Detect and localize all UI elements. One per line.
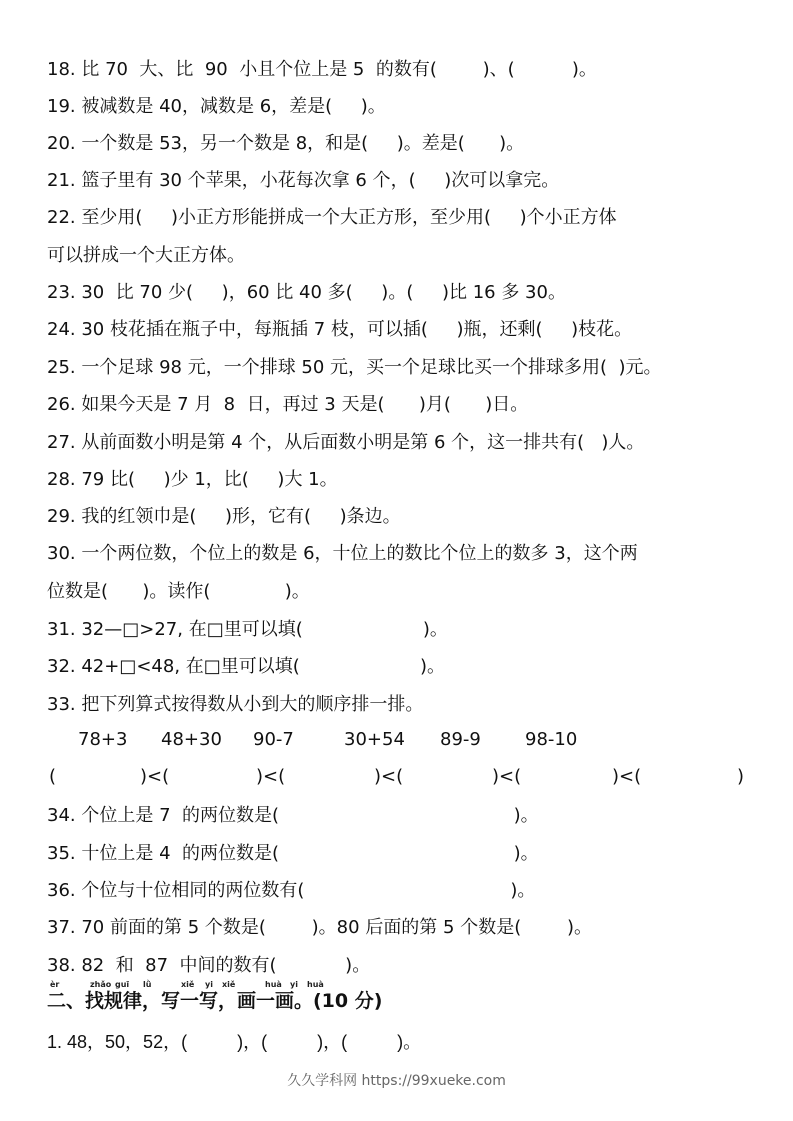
question-19: 19. 被减数是 40，减数是 6，差是( )。 (47, 94, 386, 120)
answer-blank-separator[interactable]: )<( (374, 766, 403, 787)
question-28: 28. 79 比( )少 1，比( )大 1。 (47, 467, 338, 493)
question-27: 27. 从前面数小明是第 4 个，从后面数小明是第 6 个，这一排共有( )人。 (47, 430, 644, 456)
answer-blank-separator[interactable]: )<( (140, 766, 169, 787)
question-35: 35. 十位上是 4 的两位数是( )。 (47, 841, 539, 867)
question-23: 23. 30 比 70 少( )，60 比 40 多( )。( )比 16 多 … (47, 280, 566, 306)
answer-blank-open[interactable]: ( (49, 766, 56, 787)
question-34: 34. 个位上是 7 的两位数是( )。 (47, 803, 539, 829)
question-37: 37. 70 前面的第 5 个数是( )。80 后面的第 5 个数是( )。 (47, 915, 592, 941)
watermark-footer: 久久学科网 https://99xueke.com (0, 1070, 793, 1090)
question-31: 31. 32—□>27, 在□里可以填( )。 (47, 617, 448, 643)
expression: 89-9 (440, 729, 481, 750)
question-20: 20. 一个数是 53，另一个数是 8，和是( )。差是( )。 (47, 131, 524, 157)
question-30-continued: 位数是( )。读作( )。 (47, 579, 310, 605)
expression: 90-7 (253, 729, 294, 750)
expression: 98-10 (525, 729, 577, 750)
answer-blank-close[interactable]: ) (737, 766, 744, 787)
question-32: 32. 42+□<48, 在□里可以填( )。 (47, 654, 445, 680)
question-38: 38. 82 和 87 中间的数有( )。 (47, 953, 370, 979)
expression: 30+54 (344, 729, 405, 750)
expression: 48+30 (161, 729, 222, 750)
question-18: 18. 比 70 大、比 90 小且个位上是 5 的数有( )、( )。 (47, 57, 597, 83)
answer-blank-separator[interactable]: )<( (256, 766, 285, 787)
question-21: 21. 篮子里有 30 个苹果，小花每次拿 6 个，( )次可以拿完。 (47, 168, 559, 194)
expression: 78+3 (78, 729, 127, 750)
question-33: 33. 把下列算式按得数从小到大的顺序排一排。 (47, 692, 423, 718)
question-22-continued: 可以拼成一个大正方体。 (47, 243, 245, 269)
section-2-item-1: 1. 48，50，52，( )，( )，( )。 (47, 1028, 421, 1054)
question-36: 36. 个位与十位相同的两位数有( )。 (47, 878, 535, 904)
question-22: 22. 至少用( )小正方形能拼成一个大正方形，至少用( )个小正方体 (47, 205, 617, 231)
question-29: 29. 我的红领巾是( )形，它有( )条边。 (47, 504, 401, 530)
question-26: 26. 如果今天是 7 月 8 日，再过 3 天是( )月( )日。 (47, 392, 528, 418)
section-2-heading: 二、找规律，写一写，画一画。(10 分) (47, 986, 382, 1013)
question-30: 30. 一个两位数，个位上的数是 6，十位上的数比个位上的数多 3，这个两 (47, 541, 638, 567)
answer-blank-separator[interactable]: )<( (492, 766, 521, 787)
answer-blank-separator[interactable]: )<( (612, 766, 641, 787)
question-24: 24. 30 枝花插在瓶子中，每瓶插 7 枝，可以插( )瓶，还剩( )枝花。 (47, 317, 632, 343)
question-25: 25. 一个足球 98 元，一个排球 50 元，买一个足球比买一个排球多用( )… (47, 355, 662, 381)
